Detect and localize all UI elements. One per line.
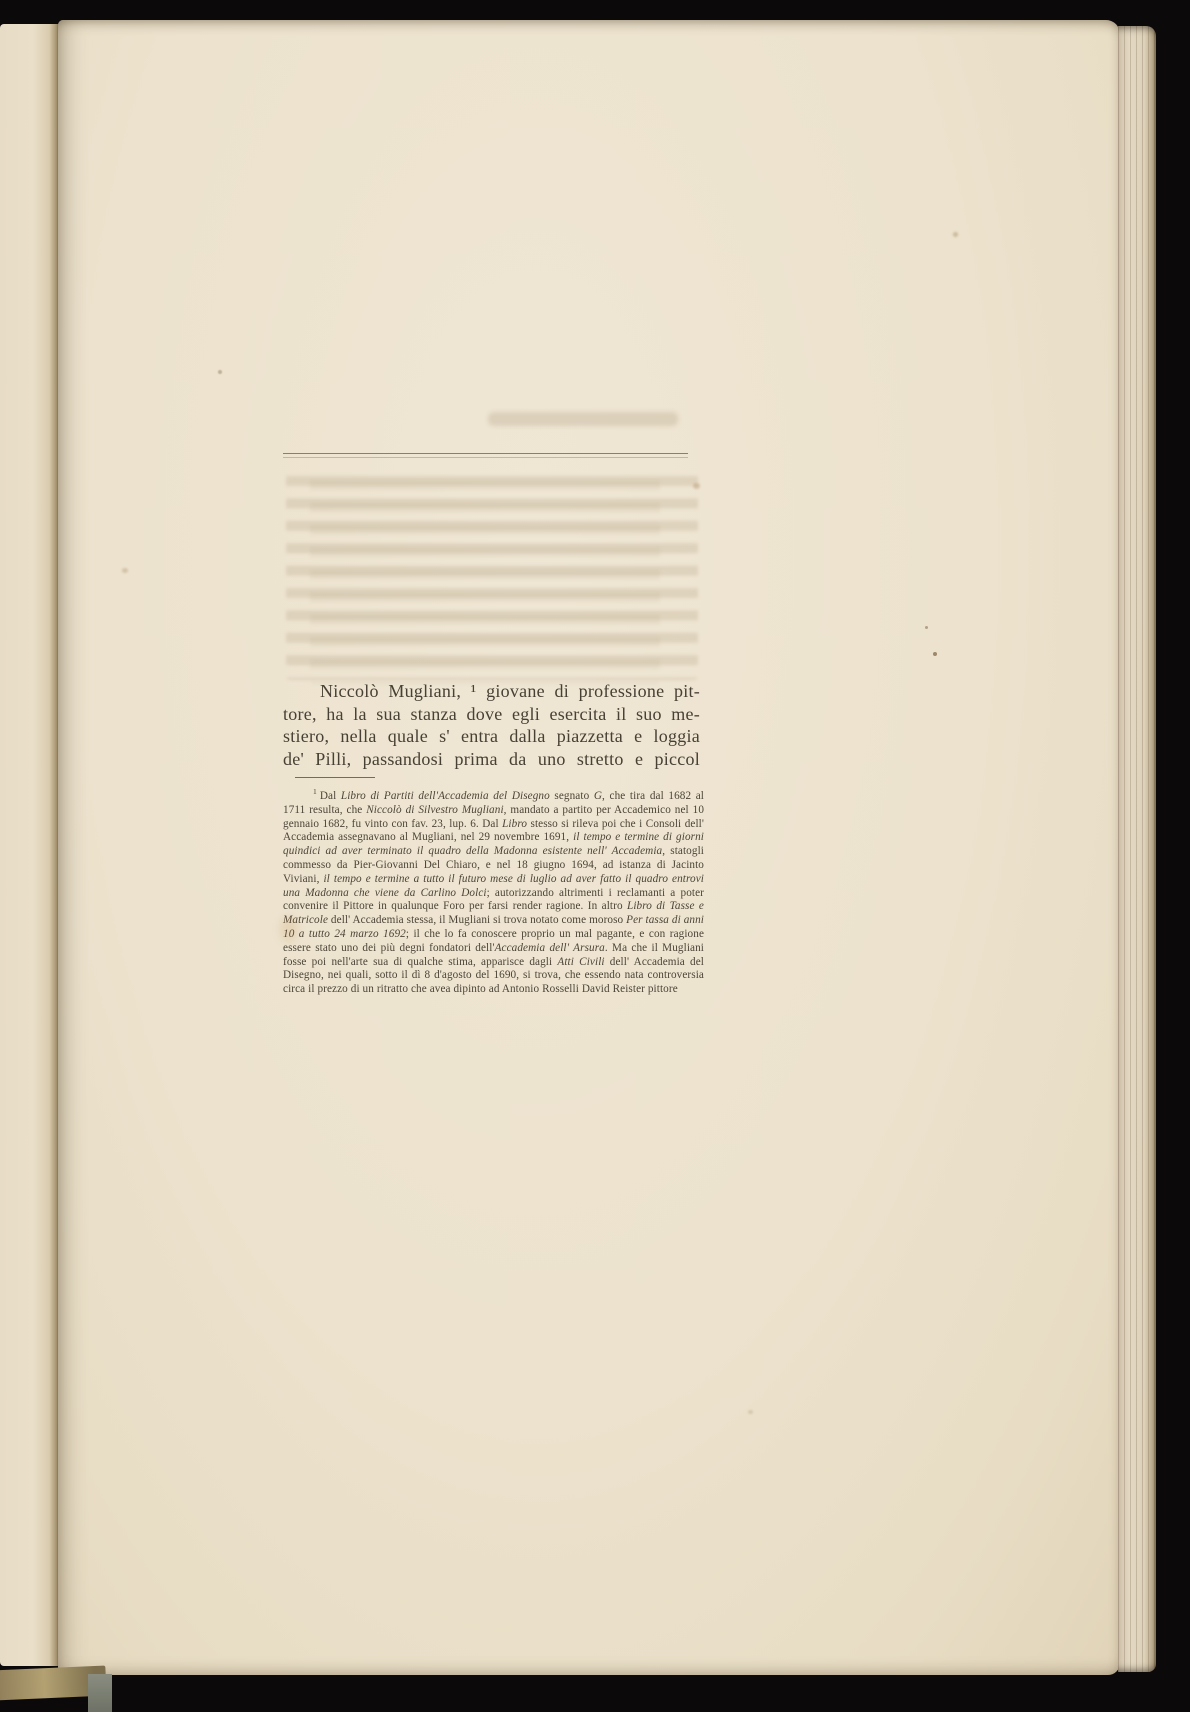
footnote-segment: Dal — [320, 790, 341, 802]
footnote-segment-italic: Atti Civili — [557, 956, 604, 968]
footnote: 1Dal Libro di Partiti dell'Accademia del… — [283, 790, 704, 997]
paper-stain — [280, 916, 298, 942]
text-line: de' Pilli, passandosi prima da uno stret… — [283, 748, 700, 771]
main-paragraph: Niccolò Mugliani, ¹ giovane di professio… — [283, 680, 700, 770]
footnote-segment-italic: Niccolò di Silvestro Mugliani — [366, 804, 503, 816]
footnote-segment: dell' Accademia stessa, il Mugliani si t… — [328, 914, 626, 926]
showthrough-ghost-line — [488, 412, 678, 426]
ink-speck — [933, 652, 937, 656]
text-line: Niccolò Mugliani, ¹ giovane di professio… — [283, 680, 700, 703]
scanned-book-photo: Niccolò Mugliani, ¹ giovane di professio… — [0, 0, 1190, 1712]
foxing-spot — [748, 1410, 753, 1414]
footnote-segment-italic: Libro — [502, 818, 527, 830]
section-divider-rule — [283, 453, 688, 458]
book-page: Niccolò Mugliani, ¹ giovane di professio… — [58, 20, 1120, 1675]
text-line: tore, ha la sua stanza dove egli esercit… — [283, 703, 700, 726]
footnote-segment-italic: Libro di Partiti dell'Accademia del Dise… — [341, 790, 550, 802]
ink-speck — [925, 626, 928, 629]
foxing-spot — [122, 568, 128, 573]
foxing-spot — [693, 483, 700, 489]
foxing-spot — [218, 370, 222, 374]
footnote-separator-rule — [295, 777, 375, 778]
footnote-segment: segnato — [550, 790, 594, 802]
gutter-page-edge — [0, 24, 60, 1666]
fore-edge-page-stack — [1118, 26, 1156, 1672]
binding-strip — [88, 1674, 112, 1712]
footnote-segment-italic: G — [594, 790, 602, 802]
text-line: stiero, nella quale s' entra dalla piazz… — [283, 725, 700, 748]
footnote-segment-italic: Accademia dell' Arsura — [495, 942, 605, 954]
showthrough-text-ghost-overlay — [310, 472, 660, 684]
foxing-spot — [953, 232, 958, 237]
footnote-marker: 1 — [313, 787, 317, 796]
